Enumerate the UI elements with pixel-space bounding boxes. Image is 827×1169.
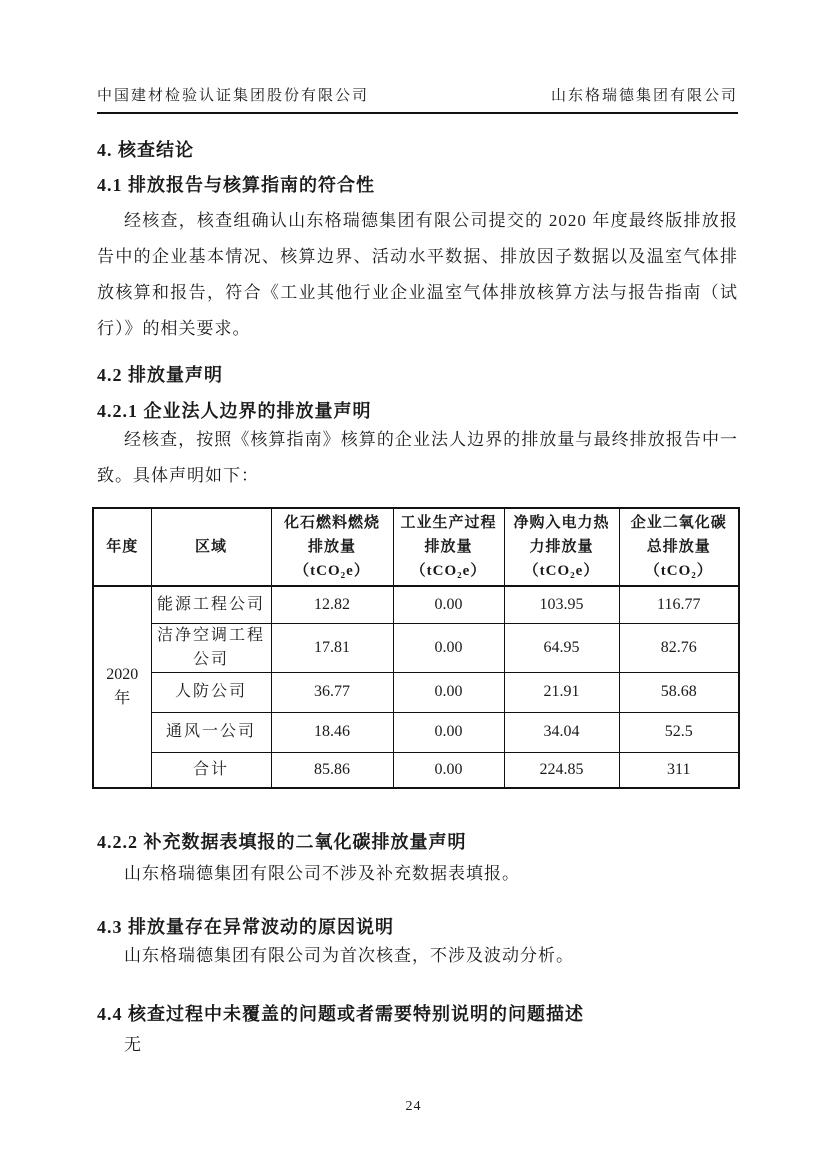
table-cell-fossil: 85.86 [271, 752, 393, 788]
table-cell-region: 人防公司 [151, 672, 271, 712]
table-cell-total: 82.76 [619, 623, 739, 672]
table-cell-fossil: 17.81 [271, 623, 393, 672]
table-cell-process: 0.00 [393, 623, 504, 672]
header-left-company: 中国建材检验认证集团股份有限公司 [97, 86, 369, 106]
col-header-purchased-power: 净购入电力热 力排放量 （tCO₂e） [504, 508, 619, 586]
section-title-4-4: 4.4 核查过程中未覆盖的问题或者需要特别说明的问题描述 [97, 1003, 738, 1025]
col-header-industrial-process: 工业生产过程 排放量 （tCO₂e） [393, 508, 504, 586]
table-cell-process: 0.00 [393, 752, 504, 788]
table-cell-total: 52.5 [619, 712, 739, 752]
page-header: 中国建材检验认证集团股份有限公司 山东格瑞德集团有限公司 [97, 86, 738, 114]
table-cell-region: 通风一公司 [151, 712, 271, 752]
table-row: 合计 85.86 0.00 224.85 311 [93, 752, 739, 788]
table-cell-power: 64.95 [504, 623, 619, 672]
section-title-4-3: 4.3 排放量存在异常波动的原因说明 [97, 916, 738, 938]
page-number: 24 [0, 1099, 827, 1115]
table-row: 2020 年 能源工程公司 12.82 0.00 103.95 116.77 [93, 586, 739, 623]
col-header-fossil-fuel: 化石燃料燃烧 排放量 （tCO₂e） [271, 508, 393, 586]
section-title-4-2-2: 4.2.2 补充数据表填报的二氧化碳排放量声明 [97, 831, 738, 853]
paragraph-4-2-2: 山东格瑞德集团有限公司不涉及补充数据表填报。 [97, 856, 738, 892]
table-cell-region: 能源工程公司 [151, 586, 271, 623]
paragraph-4-2-1: 经核查，按照《核算指南》核算的企业法人边界的排放量与最终排放报告中一致。具体声明… [97, 422, 738, 494]
table-row: 洁净空调工程 公司 17.81 0.00 64.95 82.76 [93, 623, 739, 672]
table-cell-total: 58.68 [619, 672, 739, 712]
emissions-table-head: 年度 区域 化石燃料燃烧 排放量 （tCO₂e） 工业生产过程 排放量 （tCO… [93, 508, 739, 586]
section-title-4-2: 4.2 排放量声明 [97, 364, 738, 386]
paragraph-4-4: 无 [97, 1027, 738, 1063]
table-cell-fossil: 18.46 [271, 712, 393, 752]
table-cell-process: 0.00 [393, 712, 504, 752]
table-cell-fossil: 36.77 [271, 672, 393, 712]
col-header-region: 区域 [151, 508, 271, 586]
table-header-row: 年度 区域 化石燃料燃烧 排放量 （tCO₂e） 工业生产过程 排放量 （tCO… [93, 508, 739, 586]
section-title-4: 4. 核查结论 [97, 139, 738, 161]
section-title-4-1: 4.1 排放报告与核算指南的符合性 [97, 174, 738, 196]
table-cell-power: 34.04 [504, 712, 619, 752]
emissions-table: 年度 区域 化石燃料燃烧 排放量 （tCO₂e） 工业生产过程 排放量 （tCO… [92, 507, 740, 789]
table-row: 人防公司 36.77 0.00 21.91 58.68 [93, 672, 739, 712]
table-cell-power: 21.91 [504, 672, 619, 712]
table-cell-fossil: 12.82 [271, 586, 393, 623]
table-cell-process: 0.00 [393, 672, 504, 712]
paragraph-4-3: 山东格瑞德集团有限公司为首次核查，不涉及波动分析。 [97, 938, 738, 974]
document-page: 中国建材检验认证集团股份有限公司 山东格瑞德集团有限公司 4. 核查结论 4.1… [0, 0, 827, 1169]
table-cell-total: 116.77 [619, 586, 739, 623]
table-cell-year: 2020 年 [93, 586, 151, 788]
table-row: 通风一公司 18.46 0.00 34.04 52.5 [93, 712, 739, 752]
header-right-company: 山东格瑞德集团有限公司 [551, 86, 738, 106]
section-title-4-2-1: 4.2.1 企业法人边界的排放量声明 [97, 400, 738, 422]
table-cell-power: 224.85 [504, 752, 619, 788]
emissions-table-body: 2020 年 能源工程公司 12.82 0.00 103.95 116.77 洁… [93, 586, 739, 788]
table-cell-total: 311 [619, 752, 739, 788]
table-cell-power: 103.95 [504, 586, 619, 623]
paragraph-4-1: 经核查，核查组确认山东格瑞德集团有限公司提交的 2020 年度最终版排放报告中的… [97, 203, 738, 347]
col-header-total-co2: 企业二氧化碳 总排放量 （tCO₂） [619, 508, 739, 586]
table-cell-region: 合计 [151, 752, 271, 788]
table-cell-region: 洁净空调工程 公司 [151, 623, 271, 672]
col-header-year: 年度 [93, 508, 151, 586]
table-cell-process: 0.00 [393, 586, 504, 623]
